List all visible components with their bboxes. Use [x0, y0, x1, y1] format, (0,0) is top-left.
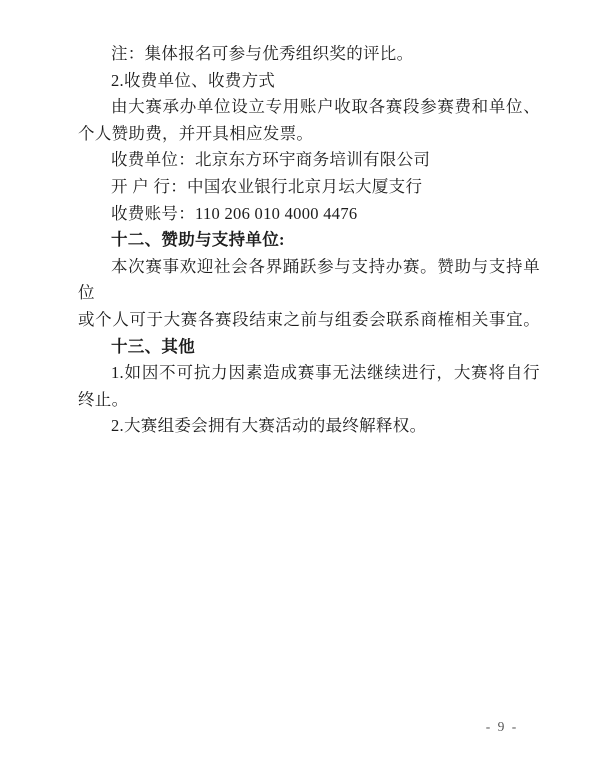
para-force-majeure-line-2: 终止。	[78, 387, 540, 414]
para-fee-collection-line-2: 个人赞助费，并开具相应发票。	[78, 121, 540, 148]
fee-unit-line: 收费单位：北京东方环宇商务培训有限公司	[78, 147, 540, 174]
page-number: - 9 -	[472, 719, 532, 735]
note-collective-registration: 注：集体报名可参与优秀组织奖的评比。	[78, 41, 540, 68]
section-12-heading: 十二、赞助与支持单位:	[78, 227, 540, 254]
para-fee-collection-line-1: 由大赛承办单位设立专用账户收取各赛段参赛费和单位、	[78, 94, 540, 121]
document-page: 注：集体报名可参与优秀组织奖的评比。 2.收费单位、收费方式 由大赛承办单位设立…	[0, 0, 595, 779]
account-number-line: 收费账号：110 206 010 4000 4476	[78, 201, 540, 228]
para-force-majeure-line-1: 1.如因不可抗力因素造成赛事无法继续进行，大赛将自行	[78, 360, 540, 387]
para-sponsor-line-1: 本次赛事欢迎社会各界踊跃参与支持办赛。赞助与支持单位	[78, 254, 540, 307]
para-sponsor-line-2: 或个人可于大赛各赛段结束之前与组委会联系商榷相关事宜。	[78, 307, 540, 334]
bank-line: 开 户 行：中国农业银行北京月坛大厦支行	[78, 174, 540, 201]
section-13-heading: 十三、其他	[78, 334, 540, 361]
heading-fee-unit-and-method: 2.收费单位、收费方式	[78, 68, 540, 95]
document-body: 注：集体报名可参与优秀组织奖的评比。 2.收费单位、收费方式 由大赛承办单位设立…	[78, 41, 540, 440]
para-final-interpretation: 2.大赛组委会拥有大赛活动的最终解释权。	[78, 413, 540, 440]
